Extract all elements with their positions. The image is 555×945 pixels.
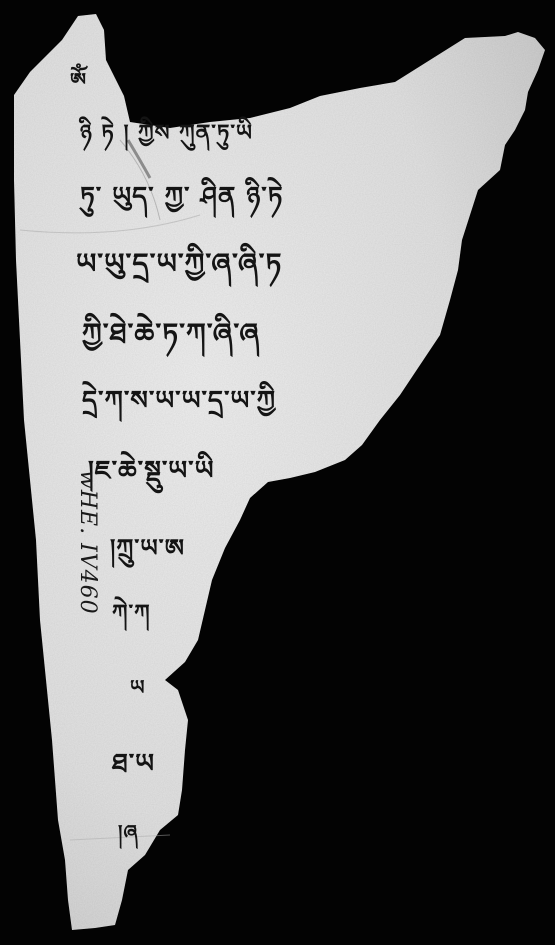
manuscript-line-4: ཡ་ཡུ་དྲ་ཡ་ཀྱི་ཞ་ཞི་ཏ — [76, 232, 282, 311]
manuscript-line-3: ཏུ་ ཡུད་ ཀྱ་ ཤིན ཉི་ཏེ — [80, 168, 283, 241]
manuscript-line-12: །ཞ — [118, 810, 138, 866]
photo-background: ༀ ཉི ཏེ ། ཀྱིས ཀུན་ཏུ་ཡི ཏུ་ ཡུད་ ཀྱ་ ཤི… — [0, 0, 555, 945]
manuscript-line-5: ཀྱི་ཐེ་ཆེ་ཏ་ཀ་ཞི་ཞ — [82, 302, 260, 381]
shelfmark-annotation: wHE. IV460 — [75, 470, 100, 670]
manuscript-line-2: ཉི ཏེ ། ཀྱིས ཀུན་ཏུ་ཡི — [80, 108, 253, 170]
manuscript-line-8: །ཀྲུ་ཡ་ཨ — [110, 522, 185, 589]
manuscript-line-6: དྲེ་ཀ་ས་ཡ་ཡ་དྲ་ཡ་ཀྱི — [82, 372, 276, 445]
manuscript-line-9: ཀེ་ཀ — [112, 588, 151, 650]
manuscript-line-10: ཡ — [130, 665, 146, 721]
manuscript-line-11: ཐ་ཡ — [112, 735, 155, 808]
manuscript-line-1: ༀ — [70, 58, 87, 114]
manuscript-line-7: །ཇ་ཆེ་སྡུ་ཡ་ཡི — [88, 442, 214, 515]
